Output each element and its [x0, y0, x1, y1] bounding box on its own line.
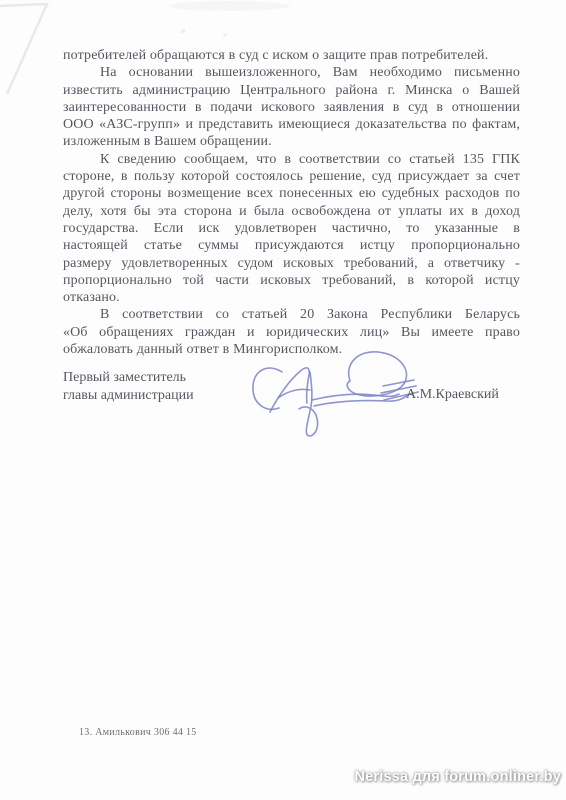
handwritten-signature-icon: [237, 341, 463, 489]
letter-line: ООО «АЗС-групп» и представить имеющиеся …: [63, 116, 520, 133]
letter-line: «Об обращениях граждан и юридических лиц…: [63, 324, 520, 341]
signer-name: А.М.Краевский: [406, 387, 499, 403]
letter-line: В соответствии со статьей 20 Закона Респ…: [63, 306, 520, 323]
signer-position-title: Первый заместитель главы администрации: [63, 369, 194, 404]
typist-reference-note: 13. Амилькович 306 44 15: [79, 727, 197, 738]
letter-line: потребителей обращаются в суд с иском о …: [63, 47, 520, 64]
letter-line: стороне, в пользу которой состоялось реш…: [63, 168, 520, 185]
letter-line: пропорционально той части исковых требов…: [63, 272, 520, 289]
letter-line: К сведению сообщаем, что в соответствии …: [63, 151, 520, 168]
letter-line: известить администрацию Центрального рай…: [63, 82, 520, 99]
watermark-text: Nerissa для forum.onliner.by: [354, 769, 561, 785]
letter-line: отказано.: [63, 289, 520, 306]
letter-line: размеру удовлетворенных судом исковых тр…: [63, 255, 520, 272]
letter-line: другой стороны возмещение всех понесенны…: [63, 185, 520, 202]
scanned-letter-page: потребителей обращаются в суд с иском о …: [0, 0, 566, 800]
letter-body: потребителей обращаются в суд с иском о …: [63, 47, 520, 358]
letter-line: делу, хотя бы эта сторона и была освобож…: [63, 203, 520, 220]
letter-line: заинтересованности в подачи искового зая…: [63, 99, 520, 116]
letter-line: государства. Если иск удовлетворен части…: [63, 220, 520, 237]
letter-line: изложенным в Вашем обращении.: [63, 133, 520, 150]
signer-position-line1: Первый заместитель: [63, 369, 194, 387]
letter-line: настоящей статье суммы присуждаются истц…: [63, 237, 520, 254]
letter-line: На основании вышеизложенного, Вам необхо…: [63, 64, 520, 81]
signer-position-line2: главы администрации: [63, 387, 194, 405]
